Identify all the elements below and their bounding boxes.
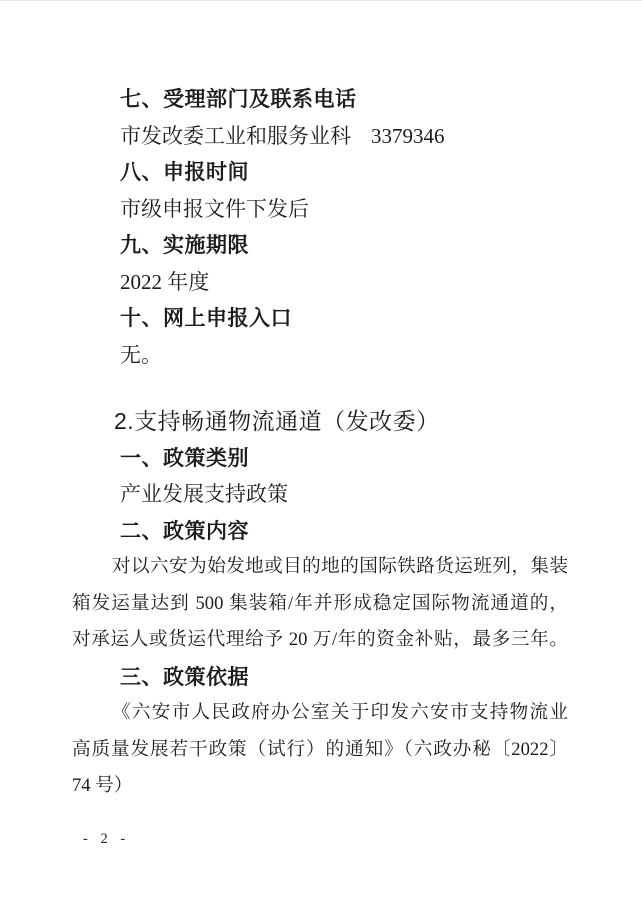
section9-body: 2022 年度: [72, 264, 568, 301]
policy-content-paragraph-line: 对承运人或货运代理给予 20 万/年的资金补贴，最多三年。: [72, 622, 568, 659]
policy-content-paragraph-line: 箱发运量达到 500 集装箱/年并形成稳定国际物流通道的，: [72, 586, 568, 623]
policy-category-body: 产业发展支持政策: [72, 476, 568, 513]
policy-basis-paragraph-line: 高质量发展若干政策（试行）的通知》（六政办秘〔2022〕: [72, 732, 568, 769]
page-number: - 2 -: [83, 831, 127, 848]
section10-body: 无。: [72, 337, 568, 374]
document-page: 七、受理部门及联系电话 市发改委工业和服务业科3379346 八、申报时间 市级…: [0, 0, 642, 907]
section9-heading: 九、实施期限: [72, 227, 568, 264]
section8-heading: 八、申报时间: [72, 154, 568, 191]
section10-heading: 十、网上申报入口: [72, 300, 568, 337]
policy-content-heading: 二、政策内容: [72, 513, 568, 550]
document-content: 七、受理部门及联系电话 市发改委工业和服务业科3379346 八、申报时间 市级…: [72, 81, 568, 805]
policy-content-paragraph-line: 对以六安为始发地或目的地的国际铁路货运班列，集装: [72, 549, 568, 586]
policy-basis-heading: 三、政策依据: [72, 659, 568, 696]
section8-body: 市级申报文件下发后: [72, 191, 568, 228]
policy-basis-paragraph-line: 《六安市人民政府办公室关于印发六安市支持物流业: [72, 695, 568, 732]
policy-basis-paragraph-line: 74 号）: [72, 768, 568, 805]
policy2-title: 2.支持畅通物流通道（发改委）: [72, 403, 568, 440]
section7-heading: 七、受理部门及联系电话: [72, 81, 568, 118]
section7-body: 市发改委工业和服务业科3379346: [72, 118, 568, 155]
phone-number: 3379346: [371, 124, 445, 148]
department-name: 市发改委工业和服务业科: [120, 124, 351, 148]
policy-category-heading: 一、政策类别: [72, 440, 568, 477]
